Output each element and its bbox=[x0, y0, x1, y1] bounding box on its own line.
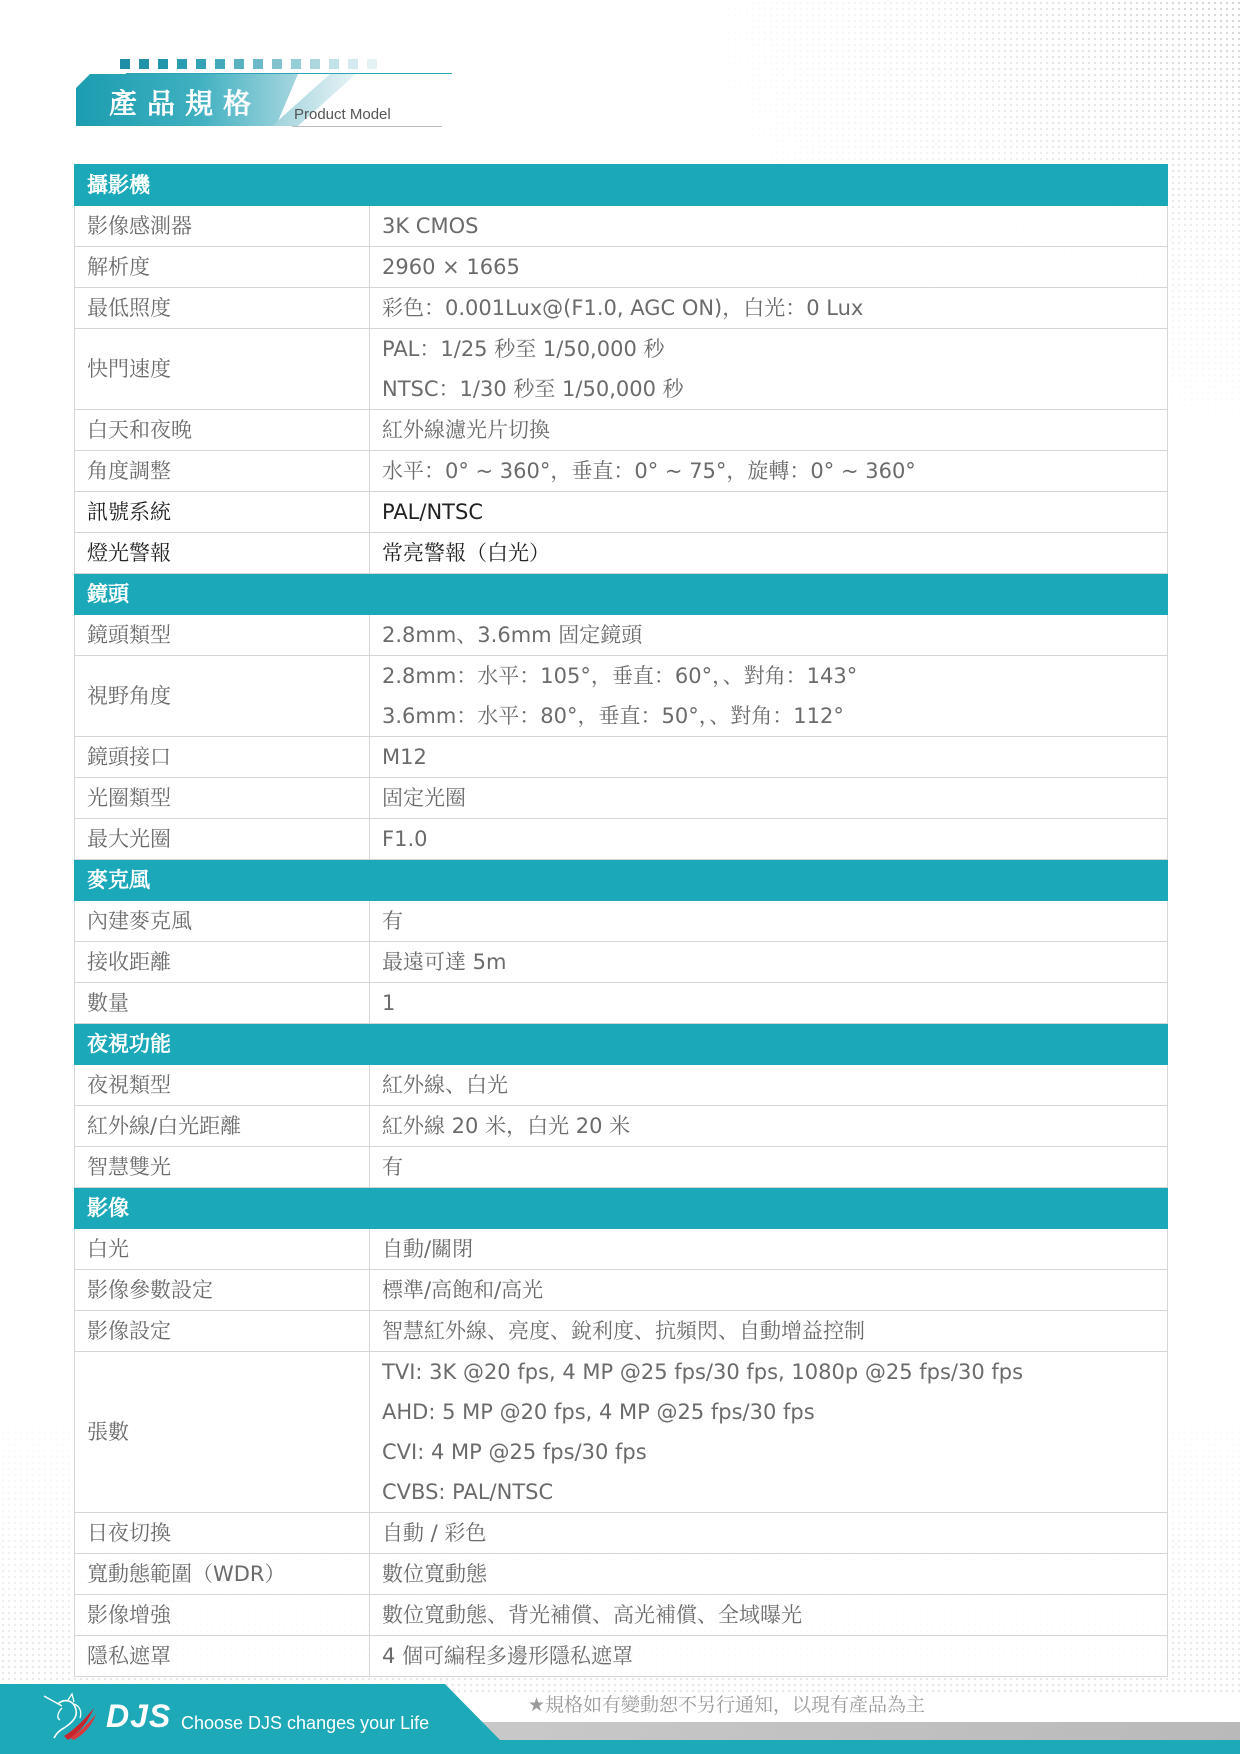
spec-value: 紅外線濾光片切換 bbox=[370, 410, 1168, 451]
table-row: 夜視類型 紅外線、白光 bbox=[75, 1065, 1168, 1106]
spec-label: 智慧雙光 bbox=[75, 1147, 370, 1188]
spec-value: 紅外線、白光 bbox=[370, 1065, 1168, 1106]
spec-value: 數位寬動態 bbox=[370, 1554, 1168, 1595]
unicorn-icon bbox=[40, 1690, 106, 1742]
spec-label: 夜視類型 bbox=[75, 1065, 370, 1106]
spec-value: 常亮警報（白光） bbox=[370, 533, 1168, 574]
section-title: 夜視功能 bbox=[75, 1024, 1168, 1065]
spec-label: 燈光警報 bbox=[75, 533, 370, 574]
spec-label: 影像增強 bbox=[75, 1595, 370, 1636]
spec-value-line: 3.6mm：水平：80°，垂直：50°，、對角：112° bbox=[382, 696, 1155, 736]
spec-value: 有 bbox=[370, 1147, 1168, 1188]
spec-value: 4 個可編程多邊形隱私遮罩 bbox=[370, 1636, 1168, 1677]
table-row: 光圈類型 固定光圈 bbox=[75, 778, 1168, 819]
brand-slogan: Choose DJS changes your Life bbox=[181, 1713, 429, 1734]
table-row: 智慧雙光 有 bbox=[75, 1147, 1168, 1188]
table-row: 紅外線/白光距離 紅外線 20 米，白光 20 米 bbox=[75, 1106, 1168, 1147]
table-row: 影像設定 智慧紅外線、亮度、銳利度、抗頻閃、自動增益控制 bbox=[75, 1311, 1168, 1352]
table-row: 張數 TVI: 3K @20 fps, 4 MP @25 fps/30 fps,… bbox=[75, 1352, 1168, 1513]
spec-label: 隱私遮罩 bbox=[75, 1636, 370, 1677]
section-title: 影像 bbox=[75, 1188, 1168, 1229]
spec-value: 自動/關閉 bbox=[370, 1229, 1168, 1270]
spec-label: 接收距離 bbox=[75, 942, 370, 983]
spec-label: 快門速度 bbox=[75, 329, 370, 410]
section-title: 鏡頭 bbox=[75, 574, 1168, 615]
spec-label: 解析度 bbox=[75, 247, 370, 288]
spec-value: 最遠可達 5m bbox=[370, 942, 1168, 983]
title-rule bbox=[126, 73, 452, 74]
spec-value: TVI: 3K @20 fps, 4 MP @25 fps/30 fps, 10… bbox=[370, 1352, 1168, 1513]
table-row: 白光 自動/關閉 bbox=[75, 1229, 1168, 1270]
spec-label: 內建麥克風 bbox=[75, 901, 370, 942]
table-row: 隱私遮罩 4 個可編程多邊形隱私遮罩 bbox=[75, 1636, 1168, 1677]
spec-value: PAL/NTSC bbox=[370, 492, 1168, 533]
spec-value-line: CVI: 4 MP @25 fps/30 fps bbox=[382, 1432, 1155, 1472]
section-header-microphone: 麥克風 bbox=[75, 860, 1168, 901]
spec-label: 紅外線/白光距離 bbox=[75, 1106, 370, 1147]
spec-label: 訊號系統 bbox=[75, 492, 370, 533]
spec-value: M12 bbox=[370, 737, 1168, 778]
section-header-night-vision: 夜視功能 bbox=[75, 1024, 1168, 1065]
table-row: 最大光圈 F1.0 bbox=[75, 819, 1168, 860]
subtitle-underline bbox=[292, 126, 442, 127]
spec-value-line: TVI: 3K @20 fps, 4 MP @25 fps/30 fps, 10… bbox=[382, 1352, 1155, 1392]
spec-table: 攝影機 影像感測器 3K CMOS 解析度 2960 × 1665 最低照度 彩… bbox=[74, 164, 1168, 1677]
spec-label: 最低照度 bbox=[75, 288, 370, 329]
spec-value: 固定光圈 bbox=[370, 778, 1168, 819]
spec-value-line: CVBS: PAL/NTSC bbox=[382, 1472, 1155, 1512]
spec-label: 影像參數設定 bbox=[75, 1270, 370, 1311]
table-row: 寬動態範圍（WDR） 數位寬動態 bbox=[75, 1554, 1168, 1595]
footer-band-bottom bbox=[0, 1740, 1240, 1754]
table-row: 燈光警報 常亮警報（白光） bbox=[75, 533, 1168, 574]
spec-value: 標準/高飽和/高光 bbox=[370, 1270, 1168, 1311]
table-row: 影像參數設定 標準/高飽和/高光 bbox=[75, 1270, 1168, 1311]
spec-label: 張數 bbox=[75, 1352, 370, 1513]
spec-label: 鏡頭類型 bbox=[75, 615, 370, 656]
spec-value: 有 bbox=[370, 901, 1168, 942]
spec-value-line: PAL：1/25 秒至 1/50,000 秒 bbox=[382, 329, 1155, 369]
disclaimer-notice: ★規格如有變動恕不另行通知，以現有產品為主 bbox=[528, 1690, 925, 1717]
spec-label: 影像設定 bbox=[75, 1311, 370, 1352]
table-row: 視野角度 2.8mm：水平：105°，垂直：60°，、對角：143° 3.6mm… bbox=[75, 656, 1168, 737]
section-title: 麥克風 bbox=[75, 860, 1168, 901]
table-row: 最低照度 彩色：0.001Lux@(F1.0, AGC ON)，白光：0 Lux bbox=[75, 288, 1168, 329]
footer-gray-strip bbox=[470, 1722, 1240, 1740]
table-row: 日夜切換 自動 / 彩色 bbox=[75, 1513, 1168, 1554]
spec-value: 紅外線 20 米，白光 20 米 bbox=[370, 1106, 1168, 1147]
spec-value: 自動 / 彩色 bbox=[370, 1513, 1168, 1554]
section-title: 攝影機 bbox=[75, 165, 1168, 206]
spec-value: 智慧紅外線、亮度、銳利度、抗頻閃、自動增益控制 bbox=[370, 1311, 1168, 1352]
brand-logo: DJS bbox=[40, 1690, 170, 1742]
table-row: 解析度 2960 × 1665 bbox=[75, 247, 1168, 288]
section-header-image: 影像 bbox=[75, 1188, 1168, 1229]
spec-label: 角度調整 bbox=[75, 451, 370, 492]
spec-label: 數量 bbox=[75, 983, 370, 1024]
spec-label: 白天和夜晚 bbox=[75, 410, 370, 451]
table-row: 影像感測器 3K CMOS bbox=[75, 206, 1168, 247]
table-row: 白天和夜晚 紅外線濾光片切換 bbox=[75, 410, 1168, 451]
spec-label: 鏡頭接口 bbox=[75, 737, 370, 778]
spec-label: 最大光圈 bbox=[75, 819, 370, 860]
table-row: 角度調整 水平：0° ~ 360°，垂直：0° ~ 75°，旋轉：0° ~ 36… bbox=[75, 451, 1168, 492]
table-row: 訊號系統 PAL/NTSC bbox=[75, 492, 1168, 533]
spec-label: 視野角度 bbox=[75, 656, 370, 737]
table-row: 影像增強 數位寬動態、背光補償、高光補償、全域曝光 bbox=[75, 1595, 1168, 1636]
section-header-lens: 鏡頭 bbox=[75, 574, 1168, 615]
table-row: 快門速度 PAL：1/25 秒至 1/50,000 秒 NTSC：1/30 秒至… bbox=[75, 329, 1168, 410]
spec-label: 寬動態範圍（WDR） bbox=[75, 1554, 370, 1595]
spec-value: 3K CMOS bbox=[370, 206, 1168, 247]
spec-value: F1.0 bbox=[370, 819, 1168, 860]
table-row: 內建麥克風 有 bbox=[75, 901, 1168, 942]
spec-label: 光圈類型 bbox=[75, 778, 370, 819]
table-row: 接收距離 最遠可達 5m bbox=[75, 942, 1168, 983]
spec-value: 水平：0° ~ 360°，垂直：0° ~ 75°，旋轉：0° ~ 360° bbox=[370, 451, 1168, 492]
page-subtitle: Product Model bbox=[294, 106, 391, 123]
spec-value-line: 2.8mm：水平：105°，垂直：60°，、對角：143° bbox=[382, 656, 1155, 696]
spec-value: PAL：1/25 秒至 1/50,000 秒 NTSC：1/30 秒至 1/50… bbox=[370, 329, 1168, 410]
brand-name: DJS bbox=[106, 1698, 171, 1735]
spec-value-line: NTSC：1/30 秒至 1/50,000 秒 bbox=[382, 369, 1155, 409]
spec-label: 白光 bbox=[75, 1229, 370, 1270]
page-title: 產品規格 bbox=[109, 82, 261, 122]
section-title-banner: 產品規格 Product Model bbox=[76, 56, 456, 130]
spec-value: 2960 × 1665 bbox=[370, 247, 1168, 288]
decorative-squares bbox=[120, 59, 377, 69]
section-header-camera: 攝影機 bbox=[75, 165, 1168, 206]
spec-value: 2.8mm：水平：105°，垂直：60°，、對角：143° 3.6mm：水平：8… bbox=[370, 656, 1168, 737]
spec-value: 2.8mm、3.6mm 固定鏡頭 bbox=[370, 615, 1168, 656]
table-row: 數量 1 bbox=[75, 983, 1168, 1024]
spec-label: 影像感測器 bbox=[75, 206, 370, 247]
spec-value: 彩色：0.001Lux@(F1.0, AGC ON)，白光：0 Lux bbox=[370, 288, 1168, 329]
spec-label: 日夜切換 bbox=[75, 1513, 370, 1554]
table-row: 鏡頭類型 2.8mm、3.6mm 固定鏡頭 bbox=[75, 615, 1168, 656]
spec-value: 1 bbox=[370, 983, 1168, 1024]
spec-value: 數位寬動態、背光補償、高光補償、全域曝光 bbox=[370, 1595, 1168, 1636]
spec-value-line: AHD: 5 MP @20 fps, 4 MP @25 fps/30 fps bbox=[382, 1392, 1155, 1432]
table-row: 鏡頭接口 M12 bbox=[75, 737, 1168, 778]
